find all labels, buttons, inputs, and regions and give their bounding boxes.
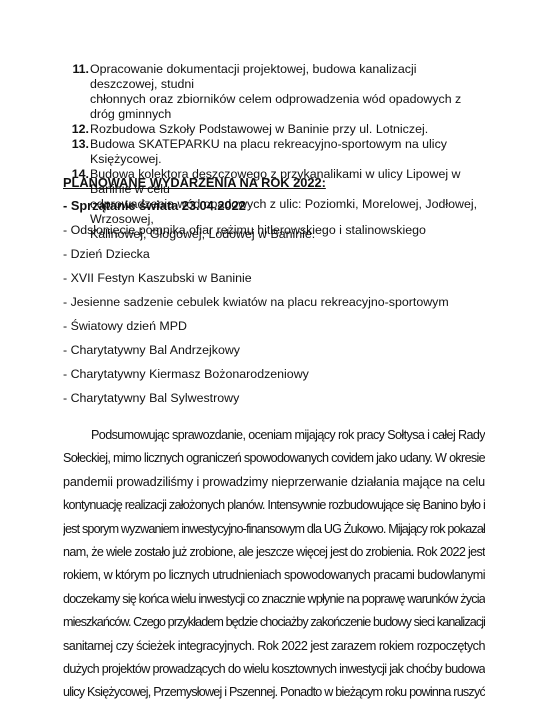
paragraph-line: nam, że wiele zostało już zrobione, ale … [63, 541, 485, 564]
event-item: - Charytatywny Kiermasz Bożonarodzeniowy [63, 366, 449, 390]
paragraph-line: kontynuację realizacji założonych planów… [63, 494, 485, 517]
list-item: 13. Budowa SKATEPARKU na placu rekreacyj… [63, 137, 487, 167]
event-item: - Jesienne sadzenie cebulek kwiatów na p… [63, 294, 449, 318]
section-heading: PLANOWANE WYDARZENIA NA ROK 2022: [63, 175, 326, 190]
event-item: - Odsłonięcie pomnika ofiar reżimu hitle… [63, 222, 449, 246]
event-item: - Dzień Dziecka [63, 246, 449, 270]
list-number: 11. [63, 62, 90, 122]
paragraph-line: jest sporym wyzwaniem inwestycyjno-finan… [63, 518, 485, 541]
list-number: 12. [63, 122, 90, 137]
list-number: 13. [63, 137, 90, 167]
event-item: - Sprzątanie świata 23.04.2022 [63, 198, 449, 222]
summary-paragraph: Podsumowując sprawozdanie, oceniam mijaj… [63, 424, 485, 705]
event-item: - Światowy dzień MPD [63, 318, 449, 342]
paragraph-line: sanitarnej czy ścieżek integracyjnych. R… [63, 635, 485, 658]
event-item: - Charytatywny Bal Andrzejkowy [63, 342, 449, 366]
events-list: - Sprzątanie świata 23.04.2022- Odsłonię… [63, 198, 449, 414]
list-text: Opracowanie dokumentacji projektowej, bu… [90, 62, 487, 122]
paragraph-line: Podsumowując sprawozdanie, oceniam mijaj… [63, 424, 485, 447]
event-item: - Charytatywny Bal Sylwestrowy [63, 390, 449, 414]
paragraph-line: doczekamy się końca wielu inwestycji co … [63, 588, 485, 611]
paragraph-line: ulicy Księżycowej, Przemysłowej i Pszenn… [63, 681, 485, 704]
list-item: 11. Opracowanie dokumentacji projektowej… [63, 62, 487, 122]
paragraph-line: mieszkańców. Czego przykładem będzie cho… [63, 611, 485, 634]
document-page: 11. Opracowanie dokumentacji projektowej… [0, 0, 556, 720]
paragraph-line: dużych projektów prowadzących do wielu k… [63, 658, 485, 681]
list-text: Budowa SKATEPARKU na placu rekreacyjno-s… [90, 137, 487, 167]
paragraph-line: pandemii prowadziliśmy i prowadzimy niep… [63, 471, 485, 494]
event-item: - XVII Festyn Kaszubski w Baninie [63, 270, 449, 294]
list-item: 12. Rozbudowa Szkoły Podstawowej w Banin… [63, 122, 487, 137]
paragraph-line: Sołeckiej, mimo licznych ograniczeń spow… [63, 447, 485, 470]
list-text: Rozbudowa Szkoły Podstawowej w Baninie p… [90, 122, 487, 137]
paragraph-line: rokiem, w którym po licznych utrudnienia… [63, 564, 485, 587]
